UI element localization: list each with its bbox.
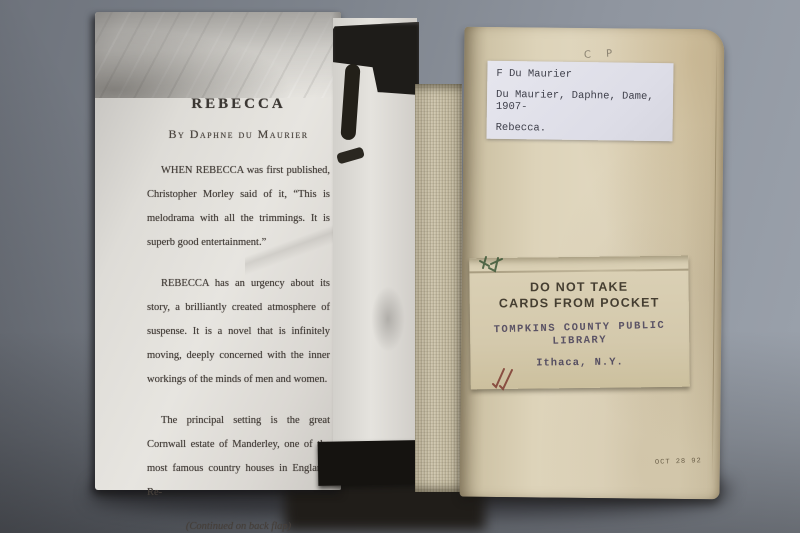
- catalog-label: F Du Maurier Du Maurier, Daphne, Dame, 1…: [486, 61, 673, 142]
- flap-paragraph-1: WHEN REBECCA was first published, Christ…: [147, 159, 330, 255]
- continued-note: (Continued on back flap): [147, 521, 330, 532]
- flap-blurb: REBECCA By Daphne du Maurier WHEN REBECC…: [147, 96, 330, 532]
- red-check-mark-icon: [486, 360, 522, 397]
- date-stamp: OCT 28 92: [655, 457, 702, 467]
- page-edge-line: [712, 39, 718, 481]
- jacket-wrinkles: [95, 12, 341, 98]
- flap-paragraph-2: REBECCA has an urgency about its story, …: [147, 272, 330, 392]
- book-photograph: REBECCA By Daphne du Maurier WHEN REBECC…: [0, 0, 800, 533]
- book-byline: By Daphne du Maurier: [147, 127, 330, 142]
- label-title-line: Rebecca.: [496, 122, 664, 136]
- gray-smudge: [371, 286, 405, 352]
- dust-jacket-flap: REBECCA By Daphne du Maurier WHEN REBECC…: [95, 12, 341, 490]
- green-pen-mark-icon: [476, 252, 508, 287]
- flap-paragraph-3: The principal setting is the great Cornw…: [147, 409, 330, 505]
- book-title: REBECCA: [147, 96, 330, 113]
- cloth-hinge-strip: [415, 84, 462, 492]
- black-tape-bottom: [318, 440, 418, 486]
- pocket-warning-line2: CARDS FROM POCKET: [470, 294, 689, 311]
- pencil-notation: C P: [584, 48, 619, 61]
